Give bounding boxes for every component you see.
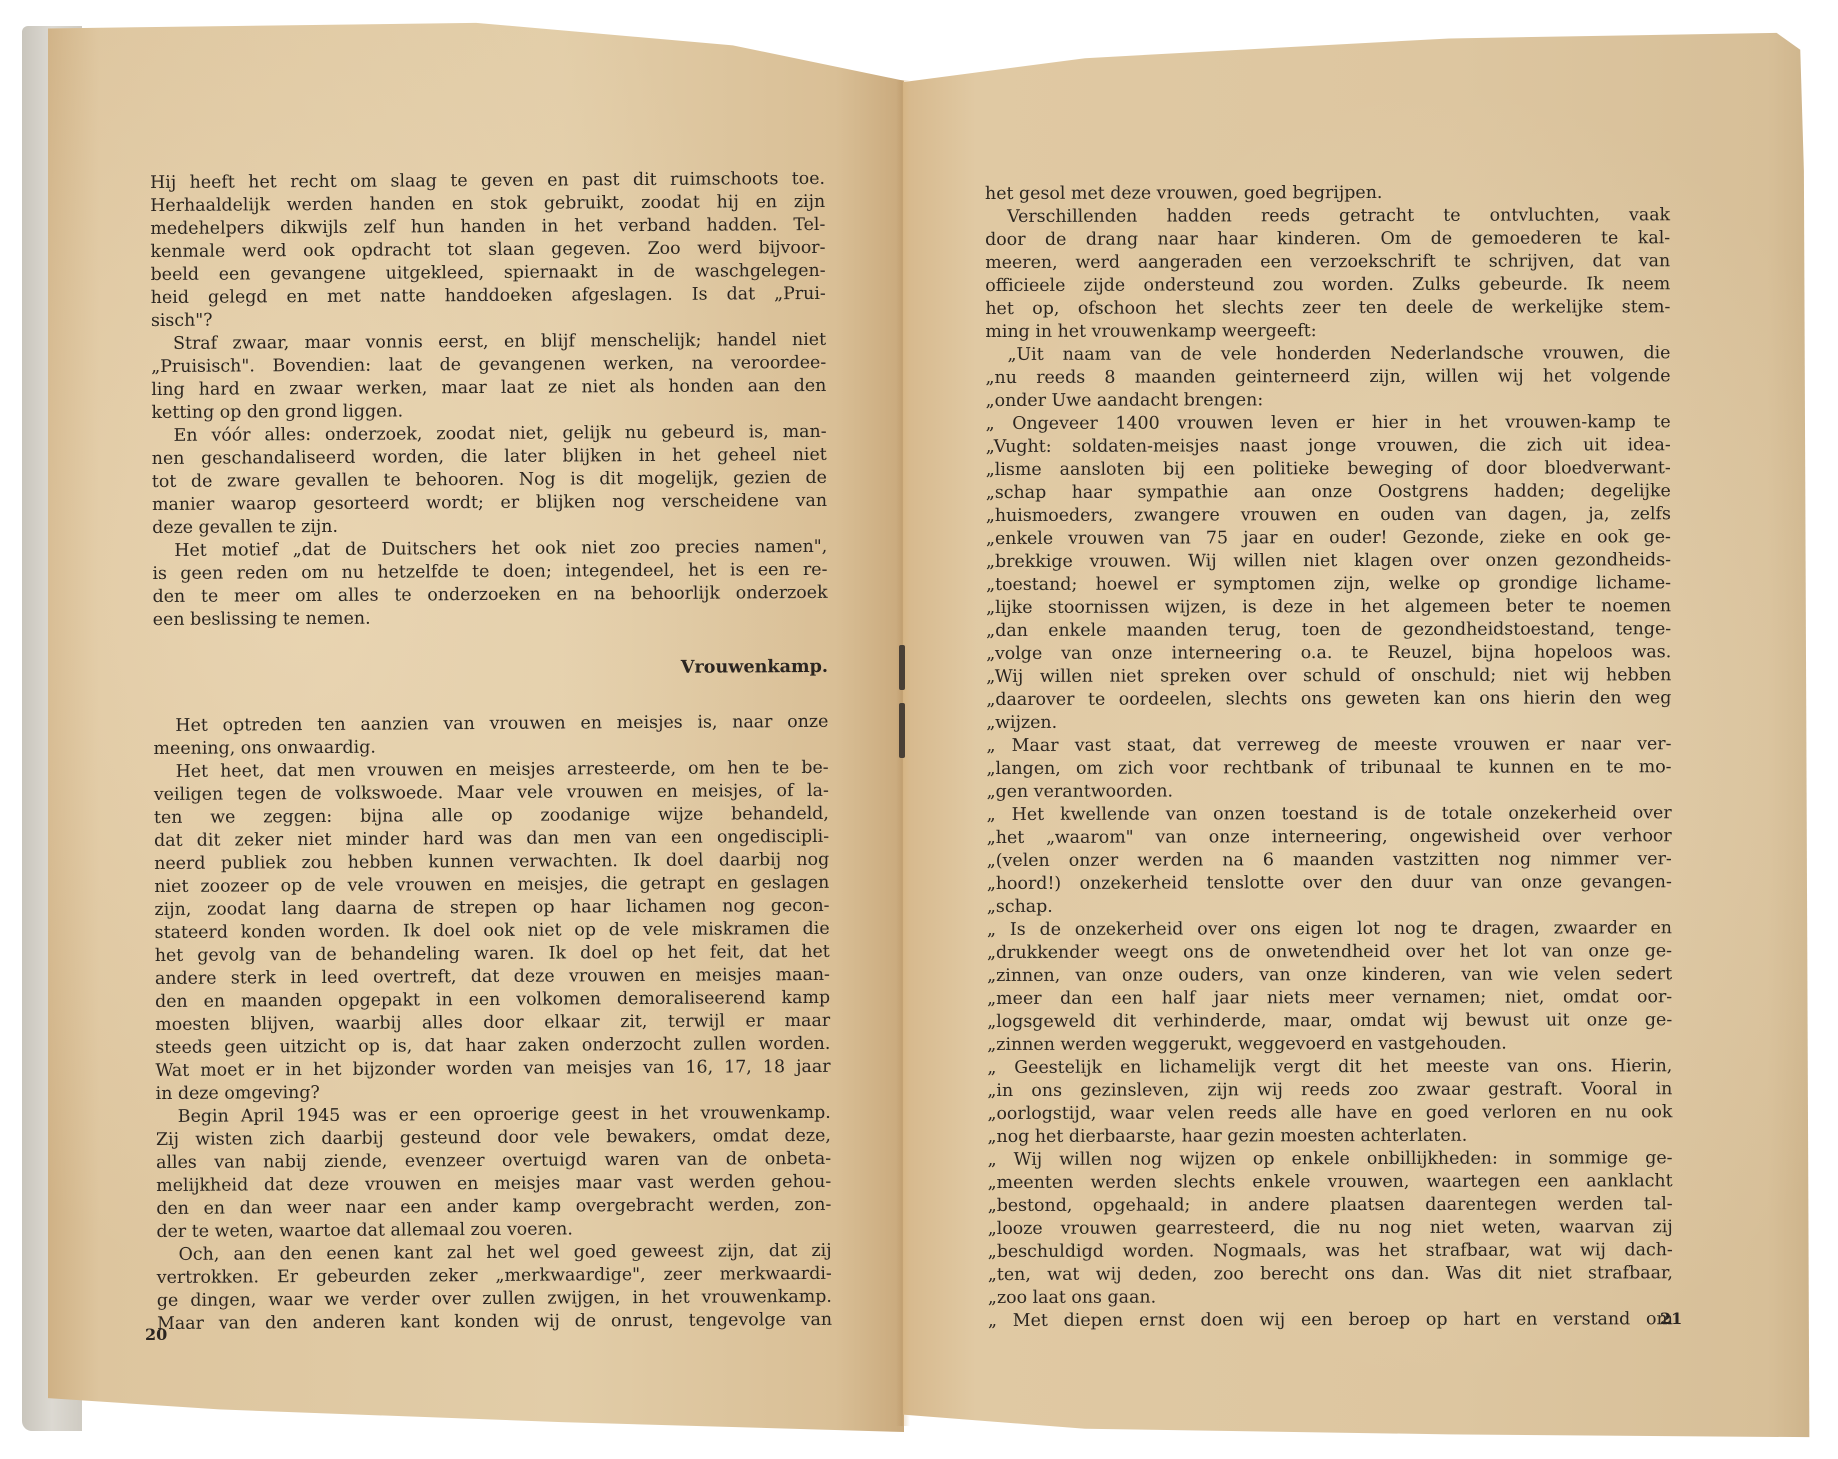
text-line: „het „waarom" van onze interneering, ong… [987, 825, 1672, 850]
text-line: „huismoeders, zwangere vrouwen en ouden … [986, 503, 1671, 528]
text-line: „zoo laat ons gaan. [988, 1285, 1673, 1310]
text-line: „meer dan een half jaar niets meer verna… [987, 986, 1672, 1011]
text-line: „ten, wat wij deden, zoo berecht ons dan… [988, 1262, 1673, 1287]
text-line: het gesol met deze vrouwen, goed begrijp… [985, 181, 1670, 206]
text-line: „Wij willen niet spreken over schuld of … [986, 664, 1671, 689]
text-line: officieele zijde ondersteund zou worden.… [985, 273, 1670, 298]
text-line: „brekkige vrouwen. Wij willen niet klage… [986, 549, 1671, 574]
text-line: „gen verantwoorden. [987, 779, 1672, 804]
text-line: het op, ofschoon het slechts zeer ten de… [985, 296, 1670, 321]
text-line: „wijzen. [986, 710, 1671, 735]
text-line: „ Met diepen ernst doen wij een beroep o… [988, 1308, 1673, 1333]
text-line: „beschuldigd worden. Nogmaals, was het s… [988, 1239, 1673, 1264]
text-line: den te meer om alles te onderzoeken en n… [153, 582, 828, 609]
text-line: „ Is de onzekerheid over ons eigen lot n… [987, 917, 1672, 942]
text-line: Het optreden ten aanzien van vrouwen en … [153, 711, 828, 738]
page-number-right: 21 [1660, 1309, 1682, 1328]
text-line: „(velen onzer werden na 6 maanden vastzi… [987, 848, 1672, 873]
text-line: „drukkender weegt ons de onwetendheid ov… [987, 940, 1672, 965]
text-line: „ Ongeveer 1400 vrouwen leven er hier in… [986, 411, 1671, 436]
text-line: „daarover te oordeelen, slechts ons gewe… [986, 687, 1671, 712]
text-line: „Uit naam van de vele honderden Nederlan… [985, 342, 1670, 367]
text-line: Wat moet er in het bijzonder worden van … [155, 1056, 830, 1083]
text-line: „ Wij willen nog wijzen op enkele onbill… [988, 1147, 1673, 1172]
text-line: „meenten werden slechts enkele vrouwen, … [988, 1170, 1673, 1195]
text-line: ling hard en zwaar werken, maar laat ze … [151, 375, 826, 402]
text-line: „hoord!) onzekerheid tenslotte over den … [987, 871, 1672, 896]
text-line: „ Maar vast staat, dat verreweg de meest… [986, 733, 1671, 758]
left-page-paragraphs-after-heading: Het optreden ten aanzien van vrouwen en … [153, 711, 832, 1336]
text-line: „oorlogstijd, waar velen reeds alle have… [987, 1101, 1672, 1126]
text-line: „in ons gezinsleven, zijn wij reeds zoo … [987, 1078, 1672, 1103]
text-line: „nu reeds 8 maanden geinterneerd zijn, w… [985, 365, 1670, 390]
text-line: „enkele vrouwen van 75 jaar en ouder! Ge… [986, 526, 1671, 551]
right-page-paragraphs: het gesol met deze vrouwen, goed begrijp… [985, 181, 1673, 1333]
text-line: „volge van onze interneering o.a. te Reu… [986, 641, 1671, 666]
right-page-text: het gesol met deze vrouwen, goed begrijp… [985, 181, 1673, 1333]
text-line: meeren, werd aangeraden een verzoekschri… [985, 250, 1670, 275]
left-page-paragraphs-before-heading: Hij heeft het recht om slaag te geven en… [150, 168, 828, 632]
text-line: „ Het kwellende van onzen toestand is de… [987, 802, 1672, 827]
text-line: „toestand; hoewel er symptomen zijn, wel… [986, 572, 1671, 597]
text-line: „schap haar sympathie aan onze Oostgrens… [986, 480, 1671, 505]
text-line: Maar van den anderen kant konden wij de … [157, 1309, 832, 1336]
text-line: Verschillenden hadden reeds getracht te … [985, 204, 1670, 229]
text-line: „lisme aansloten bij een politieke beweg… [986, 457, 1671, 482]
text-line: „bestond, opgehaald; in andere plaatsen … [988, 1193, 1673, 1218]
text-line: „logsgeweld dit verhinderde, maar, omdat… [987, 1009, 1672, 1034]
left-page-text: Hij heeft het recht om slaag te geven en… [150, 168, 832, 1336]
text-line: „dan enkele maanden terug, toen de gezon… [986, 618, 1671, 643]
text-line: een beslissing te nemen. [153, 605, 828, 632]
text-line: „langen, om zich voor rechtbank of tribu… [987, 756, 1672, 781]
staple-icon [899, 703, 905, 758]
text-line: „nog het dierbaarste, haar gezin moesten… [987, 1124, 1672, 1149]
text-line: „onder Uwe aandacht brengen: [986, 388, 1671, 413]
text-line: „looze vrouwen gearresteerd, die nu nog … [988, 1216, 1673, 1241]
page-number-left: 20 [145, 1325, 167, 1344]
text-line: „zinnen, van onze ouders, van onze kinde… [987, 963, 1672, 988]
text-line: den en dan weer naar een ander kamp over… [156, 1194, 831, 1221]
text-line: ming in het vrouwenkamp weergeeft: [985, 319, 1670, 344]
text-line: „Vught: soldaten-meisjes naast jonge vro… [986, 434, 1671, 459]
text-line: door de drang naar haar kinderen. Om de … [985, 227, 1670, 252]
text-line: „zinnen werden weggerukt, weggevoerd en … [987, 1032, 1672, 1057]
text-line: „lijke stoornissen wijzen, is deze in he… [986, 595, 1671, 620]
text-line: manier waarop gesorteerd wordt; er blijk… [152, 490, 827, 517]
staple-icon [899, 645, 905, 690]
text-line: „ Geestelijk en lichamelijk vergt dit he… [987, 1055, 1672, 1080]
text-line: „schap. [987, 894, 1672, 919]
text-line: heid gelegd en met natte handdoeken afge… [151, 283, 826, 310]
section-heading: Vrouwenkamp. [153, 655, 828, 682]
